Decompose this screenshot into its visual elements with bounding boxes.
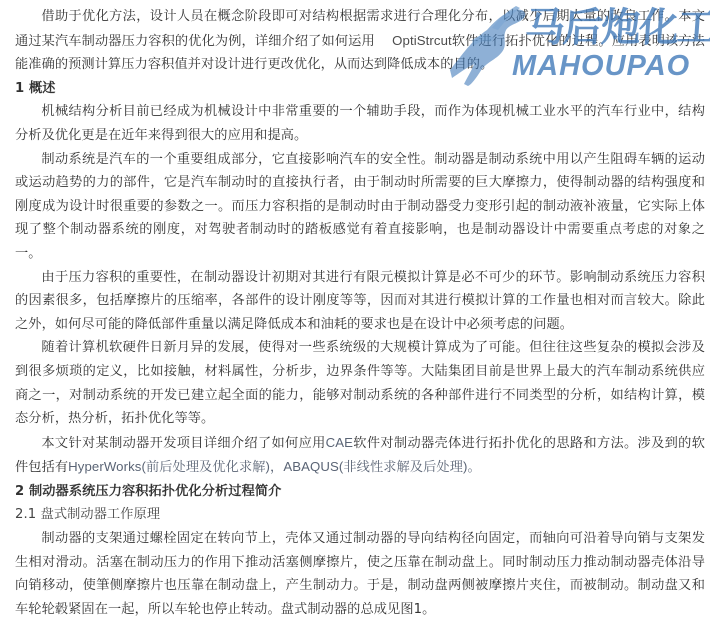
article-body: 借助于优化方法，设计人员在概念阶段即可对结构根据需求进行合理化分布，以减少后期大… bbox=[15, 5, 705, 621]
section-1-paragraph-2: 制动系统是汽车的一个重要组成部分，它直接影响汽车的安全性。制动器是制动系统中用以… bbox=[15, 148, 705, 266]
section-2-heading: 2 制动器系统压力容积拓扑优化分析过程简介 bbox=[15, 480, 705, 504]
intro-paragraph: 借助于优化方法，设计人员在概念阶段即可对结构根据需求进行合理化分布，以减少后期大… bbox=[15, 5, 705, 77]
software-name-cae: CAE bbox=[326, 435, 353, 450]
section-1-paragraph-4: 随着计算机软硬件日新月异的发展，使得对一些系统级的大规模计算成为了可能。但往往这… bbox=[15, 336, 705, 430]
section-1-heading: 1 概述 bbox=[15, 77, 705, 101]
section-1-paragraph-1: 机械结构分析目前已经成为机械设计中非常重要的一个辅助手段，而作为体现机械工业水平… bbox=[15, 100, 705, 147]
section-1-paragraph-3: 由于压力容积的重要性，在制动器设计初期对其进行有限元模拟计算是必不可少的环节。影… bbox=[15, 266, 705, 337]
section-1-paragraph-5: 本文针对某制动器开发项目详细介绍了如何应用CAE软件对制动器壳体进行拓扑优化的思… bbox=[15, 431, 705, 480]
p5-text-pre: 本文针对某制动器开发项目详细介绍了如何应用 bbox=[41, 436, 325, 451]
section-2-1-heading: 2.1 盘式制动器工作原理 bbox=[15, 503, 705, 527]
abaqus-note: (非线性求解及后处理)。 bbox=[339, 459, 481, 474]
hyperworks-note: (前后处理及优化求解)， bbox=[141, 459, 283, 474]
section-2-1-paragraph-1: 制动器的支架通过螺栓固定在转向节上，壳体又通过制动器的导向结构径向固定，而轴向可… bbox=[15, 527, 705, 621]
software-name-hyperworks: HyperWorks bbox=[68, 459, 141, 474]
software-name-optistruct: OptiStrcut bbox=[392, 33, 452, 48]
software-name-abaqus: ABAQUS bbox=[283, 459, 339, 474]
